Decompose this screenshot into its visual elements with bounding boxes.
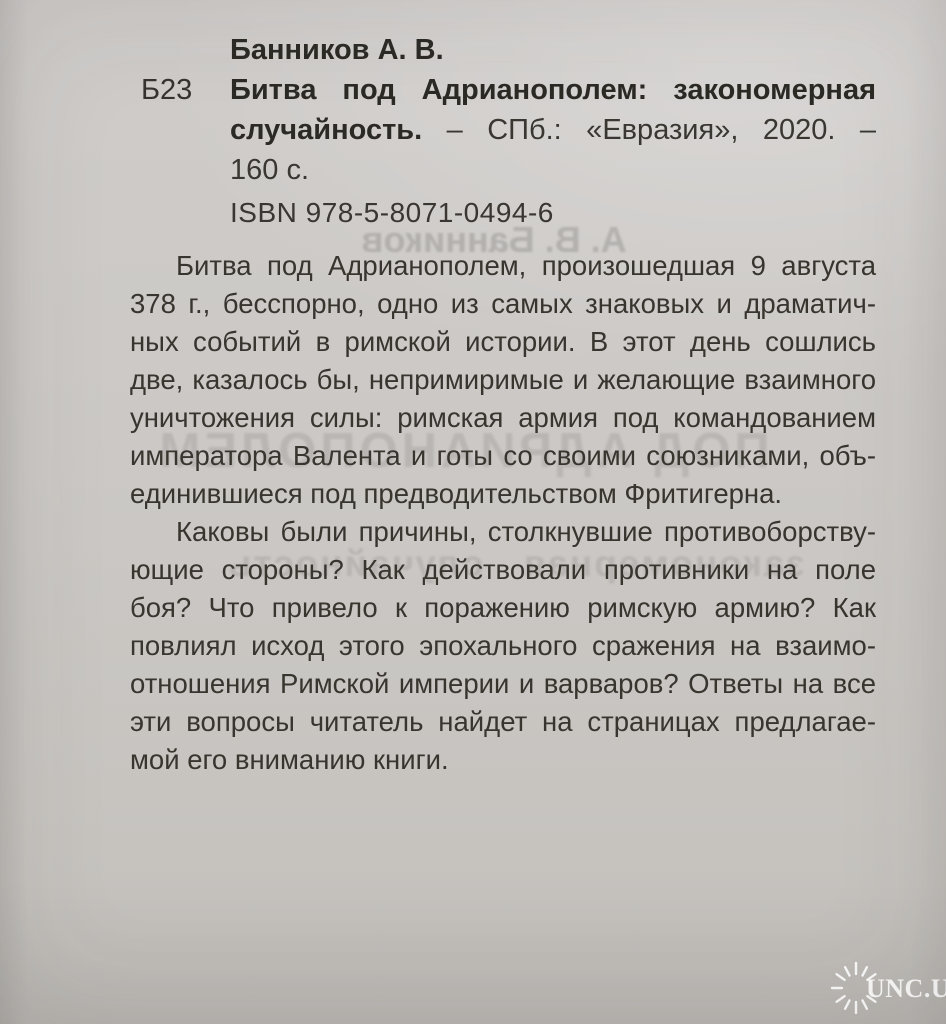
paragraph-2-line: мой его вниманию книги.	[130, 741, 876, 779]
title-line-2: случайность. – СПб.: «Евразия», 2020. –	[230, 110, 876, 150]
title-line-1: Битва под Адрианополем: закономерная	[230, 70, 876, 110]
watermark: UNC.UA	[822, 956, 946, 1020]
paragraph-1-line: две, казалось бы, непримиримые и желающи…	[130, 361, 876, 399]
paragraph-2-line: ющие стороны? Как действовали противники…	[130, 551, 876, 589]
paragraph-2-line: отношения Римской империи и варваров? От…	[130, 665, 876, 703]
library-code: Б23	[141, 70, 192, 110]
paragraph-1-line: уничтожения силы: римская армия под кома…	[130, 399, 876, 437]
paragraph-2-line: эти вопросы читатель найдет на страницах…	[130, 703, 876, 741]
title-line-3: 160 с.	[230, 150, 876, 190]
title-bold-part: случайность.	[230, 114, 422, 146]
bibliographic-entry: Банников А. В. Битва под Адрианополем: з…	[230, 30, 876, 190]
book-page-photo: А. В. Банников ПОД АДРИАНОПОЛЕМ закономе…	[0, 0, 946, 1024]
paragraph-1-line: 378 г., бесспорно, одно из самых знаковы…	[130, 285, 876, 323]
paragraph-1-line: ных событий в римской истории. В этот де…	[130, 323, 876, 361]
paragraph-1-line: Битва под Адрианополем, произошедшая 9 а…	[130, 247, 876, 285]
paragraph-1-line: единившиеся под предводительством Фритиг…	[130, 475, 876, 513]
annotation-text: Битва под Адрианополем, произошедшая 9 а…	[130, 247, 876, 779]
author-name: Банников А. В.	[230, 30, 876, 70]
sunburst-icon	[828, 960, 884, 1016]
paragraph-2-line: повлиял исход этого эпохального сражения…	[130, 627, 876, 665]
paragraph-1-line: императора Валента и готы со своими союз…	[130, 437, 876, 475]
watermark-label: UNC.UA	[866, 974, 946, 1004]
paragraph-2-line: боя? Что привело к поражению римскую арм…	[130, 589, 876, 627]
imprint-part: – СПб.: «Евразия», 2020. –	[447, 114, 876, 146]
paragraph-2-line: Каковы были причины, столкнувшие противо…	[130, 513, 876, 551]
isbn: ISBN 978-5-8071-0494-6	[230, 196, 554, 230]
